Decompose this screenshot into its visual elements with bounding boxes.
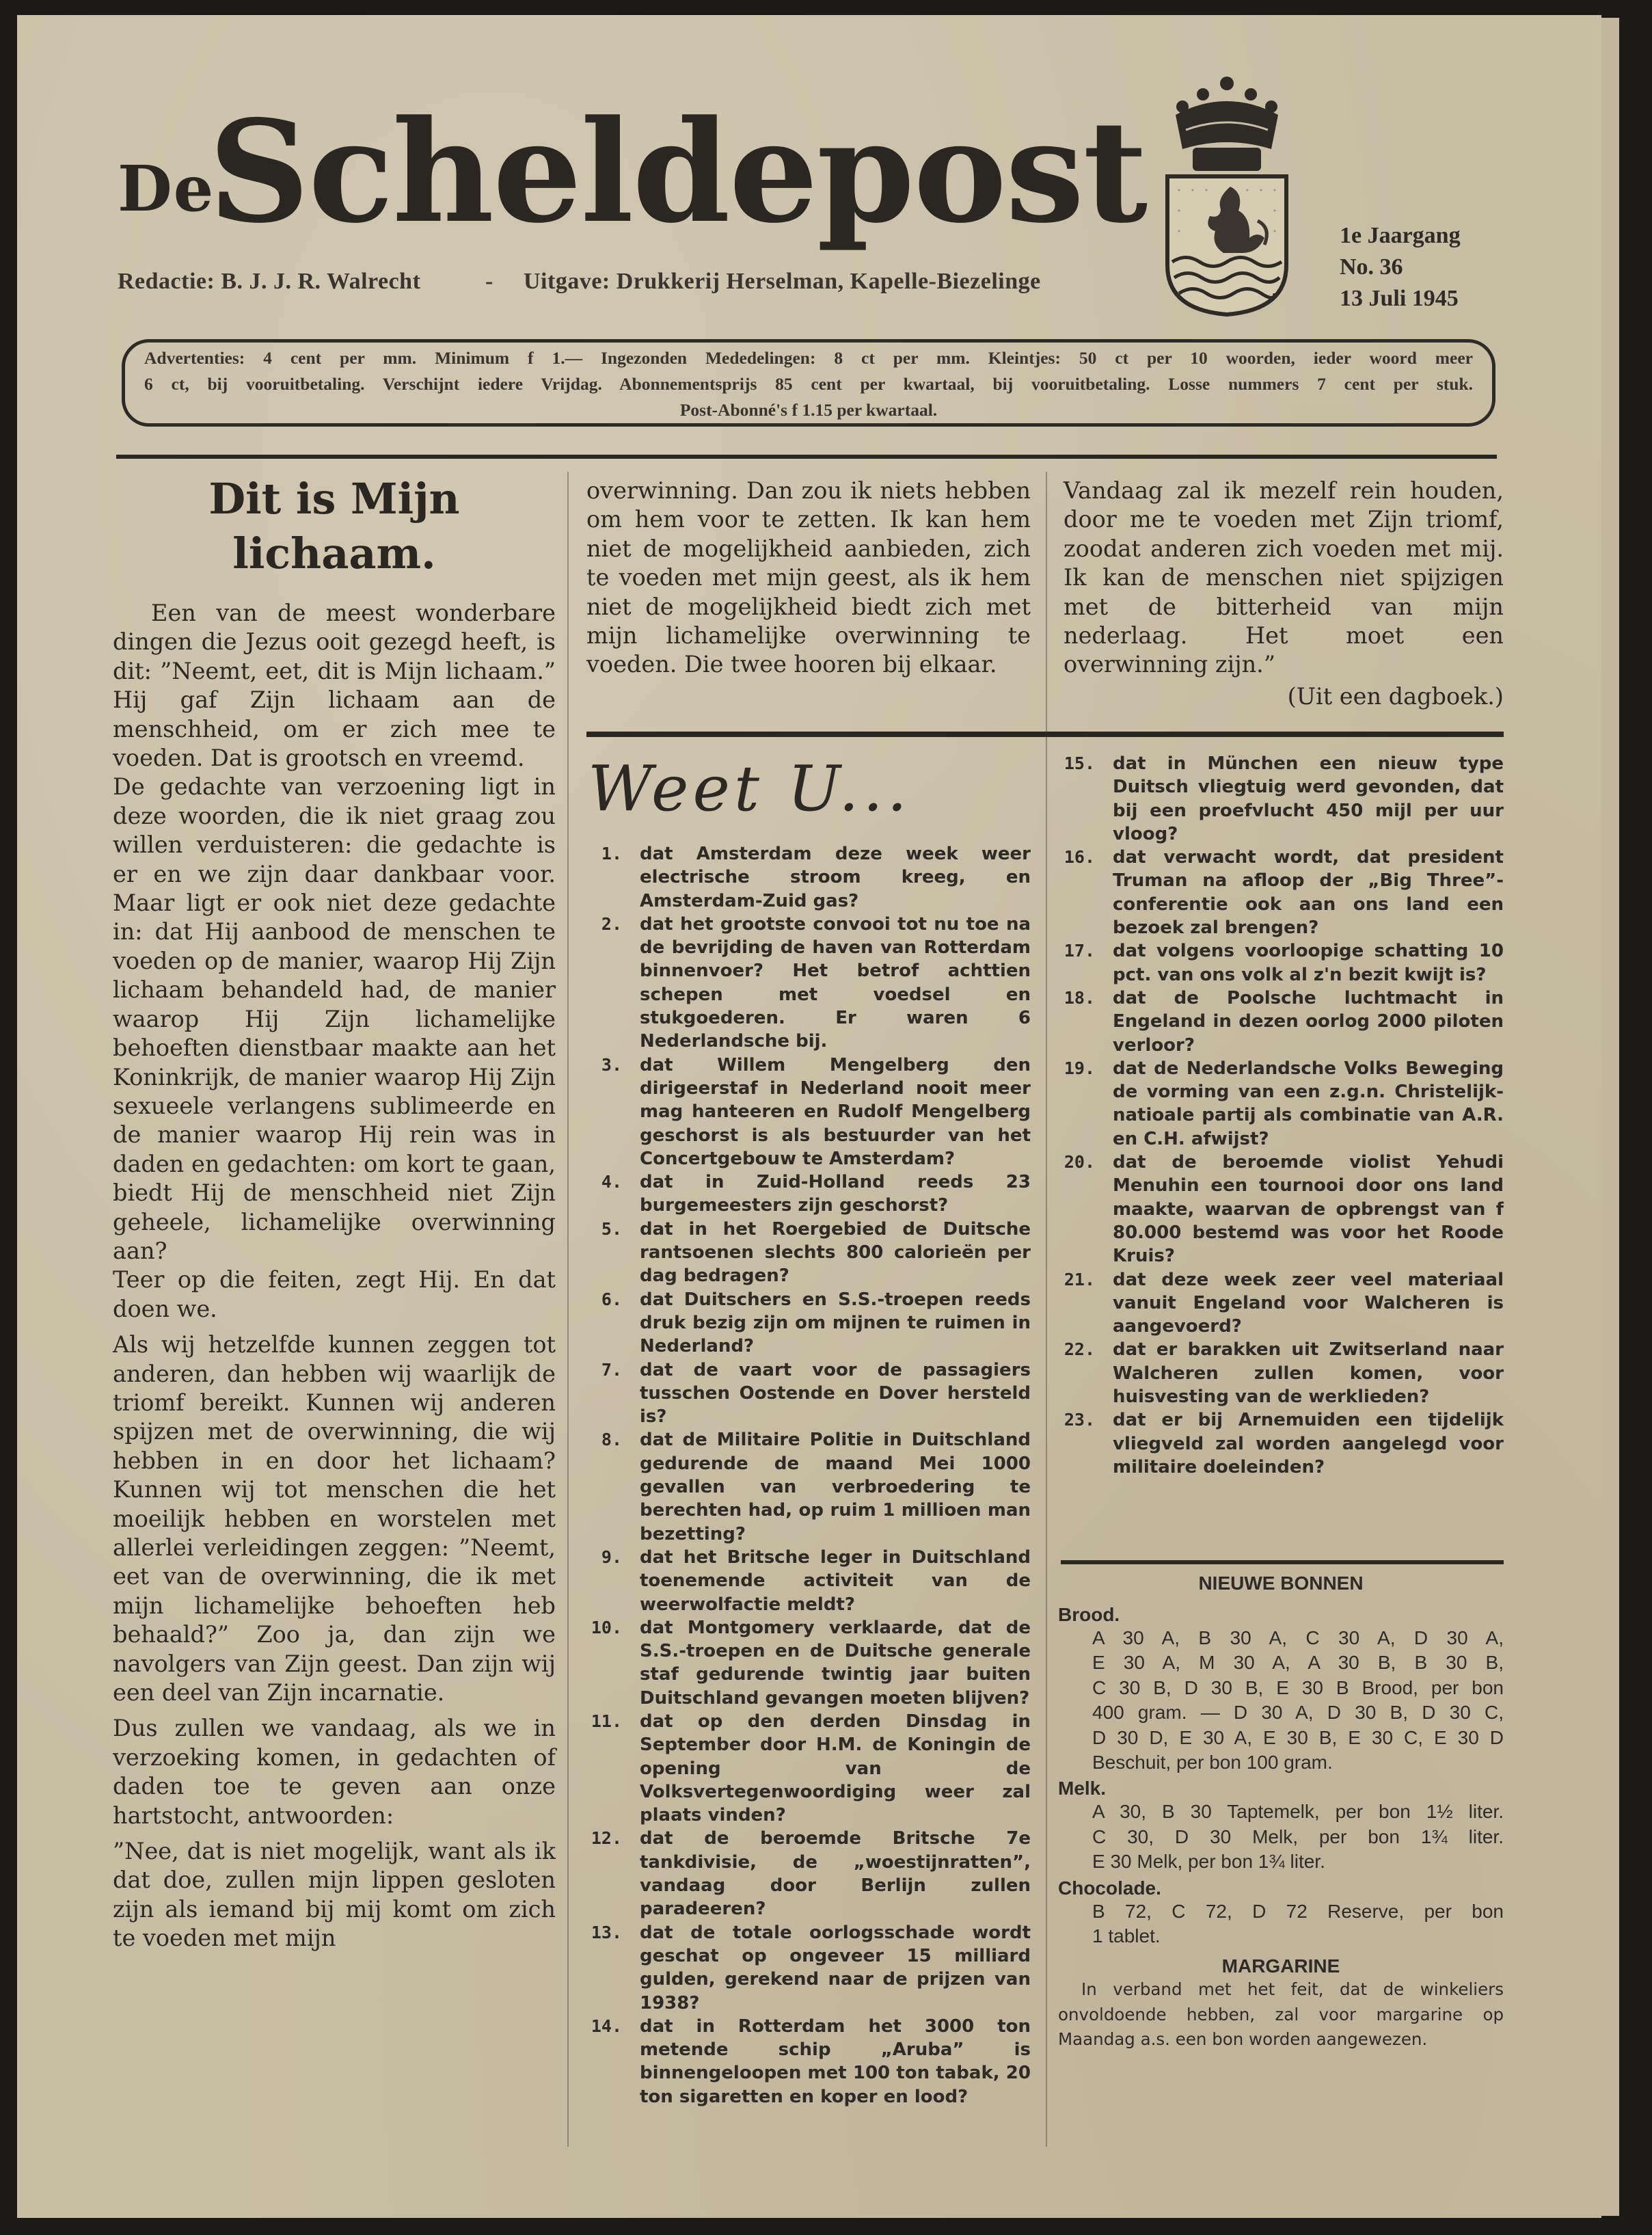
- article-headline: Dit is Mijn lichaam.: [113, 472, 556, 581]
- bon-line: Beschuit, per bon 100 gram.: [1058, 1750, 1504, 1775]
- bon-line: B 72, C 72, D 72 Reserve, per bon: [1058, 1899, 1504, 1924]
- list-item: 19.dat de Nederlandsche Volks Beweging d…: [1053, 1057, 1504, 1151]
- uitgave: Uitgave: Drukkerij Herselman, Kapelle-Bi…: [524, 269, 1041, 295]
- list-item: 9.dat het Britsche leger in Duitschland …: [580, 1546, 1031, 1616]
- article-paragraph: Als wij hetzelfde kunnen zeggen tot ande…: [113, 1330, 556, 1707]
- list-item: 6.dat Duitschers en S.S.-troepen reeds d…: [580, 1288, 1031, 1359]
- category-chocolade: Chocolade.: [1058, 1877, 1504, 1899]
- list-item: 14.dat in Rotterdam het 3000 ton metende…: [580, 2015, 1031, 2109]
- article-end-rule: [586, 732, 1504, 737]
- article-continuation-middle: overwinning. Dan zou ik niets hebben om …: [586, 477, 1031, 680]
- bonnen-rule: [1061, 1560, 1504, 1564]
- list-item: 7.dat de vaart voor de passagiers tussch…: [580, 1359, 1031, 1429]
- column-divider-1: [567, 472, 569, 2147]
- newspaper-title: Scheldepost: [208, 103, 1146, 243]
- article-paragraph: Vandaag zal ik mezelf rein houden, door …: [1064, 477, 1504, 680]
- notice-line-2: 6 ct, bij vooruitbetaling. Verschijnt ie…: [125, 371, 1492, 397]
- bon-line: 400 gram. — D 30 A, D 30 B, D 30 C,: [1058, 1700, 1504, 1725]
- list-item: 23.dat er bij Arnemuiden een tijdelijk v…: [1053, 1408, 1504, 1479]
- list-item: 8.dat de Militaire Politie in Duitschlan…: [580, 1428, 1031, 1545]
- list-item: 16.dat verwacht wordt, dat president Tru…: [1053, 846, 1504, 939]
- list-item: 4.dat in Zuid-Holland reeds 23 burgemees…: [580, 1170, 1031, 1218]
- column-divider-2: [1046, 472, 1047, 2147]
- paper-back-edge: [1599, 18, 1619, 2216]
- article-paragraph: Een van de meest wonderbare dingen die J…: [113, 599, 556, 773]
- article-paragraph: Teer op die feiten, zegt Hij. En dat doe…: [113, 1266, 556, 1324]
- margarine-title: MARGARINE: [1058, 1955, 1504, 1977]
- list-item: 21.dat deze week zeer veel materiaal van…: [1053, 1268, 1504, 1339]
- margarine-text: In verband met het feit, dat de winkelie…: [1058, 1977, 1504, 2052]
- bon-line: A 30, B 30 Taptemelk, per bon 1½ liter.: [1058, 1799, 1504, 1824]
- issue-number: No. 36: [1340, 252, 1461, 283]
- list-item: 12.dat de beroemde Britsche 7e tankdivis…: [580, 1827, 1031, 1921]
- issue-date: 13 Juli 1945: [1340, 283, 1461, 314]
- list-item: 22.dat er barakken uit Zwitserland naar …: [1053, 1338, 1504, 1408]
- jaargang: 1e Jaargang: [1340, 220, 1461, 252]
- list-item: 15.dat in München een nieuw type Duitsch…: [1053, 752, 1504, 846]
- category-melk: Melk.: [1058, 1778, 1504, 1799]
- title-prefix: De: [118, 152, 215, 226]
- weet-u-list-right: 15.dat in München een nieuw type Duitsch…: [1053, 752, 1504, 1479]
- advertising-rates-box: Advertenties: 4 cent per mm. Minimum f 1…: [122, 339, 1495, 427]
- nieuwe-bonnen-section: NIEUWE BONNEN Brood. A 30 A, B 30 A, C 3…: [1058, 1572, 1504, 2052]
- list-item: 18.dat de Poolsche luchtmacht in Engelan…: [1053, 987, 1504, 1057]
- list-item: 11.dat op den derden Dinsdag in Septembe…: [580, 1710, 1031, 1827]
- list-item: 1.dat Amsterdam deze week weer electrisc…: [580, 842, 1031, 913]
- weet-u-title: Weet U...: [588, 752, 911, 825]
- separator: -: [485, 269, 493, 295]
- notice-line-1: Advertenties: 4 cent per mm. Minimum f 1…: [125, 345, 1492, 371]
- bon-line: 1 tablet.: [1058, 1924, 1504, 1949]
- weet-u-list-middle: 1.dat Amsterdam deze week weer electrisc…: [580, 842, 1031, 2109]
- header-rule: [116, 455, 1497, 459]
- bon-line: C 30 B, D 30 B, E 30 B Brood, per bon: [1058, 1676, 1504, 1700]
- list-item: 10.dat Montgomery verklaarde, dat de S.S…: [580, 1616, 1031, 1710]
- category-brood: Brood.: [1058, 1604, 1504, 1626]
- bon-line: A 30 A, B 30 A, C 30 A, D 30 A,: [1058, 1626, 1504, 1650]
- notice-line-3: Post-Abonné's f 1.15 per kwartaal.: [125, 397, 1492, 423]
- bon-line: E 30 Melk, per bon 1¾ liter.: [1058, 1849, 1504, 1874]
- issue-info: 1e Jaargang No. 36 13 Juli 1945: [1340, 220, 1461, 314]
- list-item: 20.dat de beroemde violist Yehudi Menuhi…: [1053, 1151, 1504, 1268]
- article-paragraph: De gedachte van verzoening ligt in deze …: [113, 773, 556, 1266]
- zeeland-coat-of-arms-icon: [1162, 74, 1292, 317]
- bon-line: C 30, D 30 Melk, per bon 1¾ liter.: [1058, 1825, 1504, 1849]
- article-continuation-right: Vandaag zal ik mezelf rein houden, door …: [1064, 477, 1504, 711]
- article-column: Dit is Mijn lichaam. Een van de meest wo…: [113, 472, 556, 1953]
- redactie: Redactie: B. J. J. R. Walrecht: [118, 269, 420, 295]
- list-item: 3.dat Willem Mengelberg den dirigeerstaf…: [580, 1054, 1031, 1170]
- bon-line: E 30 A, M 30 A, A 30 B, B 30 B,: [1058, 1650, 1504, 1675]
- article-paragraph: overwinning. Dan zou ik niets hebben om …: [586, 477, 1031, 680]
- bonnen-title: NIEUWE BONNEN: [1058, 1572, 1504, 1594]
- article-paragraph: Dus zullen we vandaag, als we in verzoek…: [113, 1714, 556, 1830]
- list-item: 17.dat volgens voorloopige schatting 10 …: [1053, 939, 1504, 987]
- bon-line: D 30 D, E 30 A, E 30 B, E 30 C, E 30 D: [1058, 1726, 1504, 1750]
- list-item: 5.dat in het Roergebied de Duitsche rant…: [580, 1218, 1031, 1288]
- list-item: 13.dat de totale oorlogsschade wordt ges…: [580, 1921, 1031, 2015]
- article-source: (Uit een dagboek.): [1064, 682, 1504, 711]
- list-item: 2.dat het grootste convooi tot nu toe na…: [580, 913, 1031, 1054]
- article-paragraph: ”Nee, dat is niet mogelijk, want als ik …: [113, 1837, 556, 1953]
